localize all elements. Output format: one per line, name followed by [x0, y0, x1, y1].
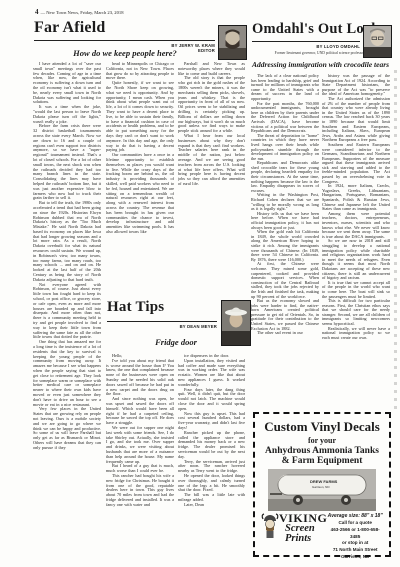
ad-contact-line: 71 North Main Street	[327, 547, 383, 554]
ad-subline-3: & Farm Equipment	[255, 456, 389, 466]
body-paragraph: Our communities have a once in a lifetim…	[106, 153, 174, 235]
far-afield-column-3: Parshall and New Town as noteworthy plac…	[178, 62, 245, 295]
ad-bottom-row: VIKING Screen Prints Average size: 88" x…	[255, 511, 389, 560]
kram-headshot	[218, 25, 247, 60]
ad-contact-line: Average size: 88" x 18"	[327, 513, 383, 520]
ad-contact-line: 463-2566 or 1-800-658-3485	[327, 527, 383, 540]
paper-name-date: — New Town News, Friday, March 23, 2018	[41, 10, 124, 15]
body-paragraph: Very few places in the United States tha…	[33, 407, 101, 450]
body-paragraph: What I hear from our local businesses ab…	[178, 134, 245, 187]
body-paragraph: Writing in the Washington Post, Richard …	[251, 193, 319, 211]
far-afield-column-2: head to Minneapolis or Chicago or Califo…	[106, 62, 174, 295]
ad-contact-line: Call for a quote	[327, 520, 383, 527]
omdahl-headline: Omdahl's Out Look	[252, 21, 380, 38]
body-paragraph: It was a time when the joke, "would the …	[33, 105, 101, 124]
far-afield-rule	[34, 40, 215, 41]
body-paragraph: Parshall and New Town as noteworthy plac…	[178, 62, 245, 76]
ammonia-tank-graphic: DREW FARMS Garrison, ND	[268, 469, 376, 511]
hat-tips-column-1: Hello,I've told you about my friend that…	[106, 354, 174, 548]
body-paragraph: For the past months, the 760,000 undocum…	[251, 102, 319, 134]
hat-tips-headline: Hat Tips	[107, 299, 164, 316]
body-paragraph: Southern and Eastern Europeans were cons…	[322, 143, 390, 184]
body-paragraph: The threat of deportation to "home" coun…	[251, 134, 319, 162]
omdahl-rule	[252, 41, 360, 42]
body-paragraph: He opened the door, looked things over t…	[178, 474, 245, 493]
omdahl-column-1: The lack of a clear national policy has …	[251, 74, 319, 408]
scan-edge-artifacts	[394, 70, 397, 410]
body-paragraph: The other sad event in our	[251, 331, 319, 336]
body-paragraph: Quite honestly, if we want to see the No…	[106, 81, 174, 153]
viking-screen-prints-ad: Custom Vinyl Decals for your Anhydrous A…	[253, 412, 391, 557]
body-paragraph: head to Minneapolis or Chicago or Califo…	[106, 62, 174, 81]
body-paragraph: In 1924, more Italians, Czechs, Yugoslav…	[322, 184, 390, 212]
body-paragraph: Later, Dean	[178, 503, 245, 508]
omdahl-headshot	[363, 25, 392, 58]
ad-contact-block: Average size: 88" x 18"Call for a quote4…	[327, 513, 383, 560]
body-paragraph: Before the farm crisis there were 32 dis…	[33, 124, 101, 201]
ammonia-tank-photo: DREW FARMS Garrison, ND	[268, 469, 376, 511]
kram-portrait-graphic	[219, 26, 246, 59]
body-paragraph: The Act authorized the admission of 2% o…	[322, 97, 390, 143]
omdahl-column-2: history was the passage of the Immigrati…	[322, 74, 390, 404]
far-afield-headline: Far Afield	[34, 19, 105, 37]
hat-tips-deck: Fridge door	[107, 337, 245, 347]
body-paragraph: This is difficult for two particular rea…	[322, 299, 390, 327]
viking-mascot-icon	[261, 513, 279, 539]
body-paragraph: One thing that has amazed me for a long …	[33, 340, 101, 407]
far-afield-column-1: I have attended a lot of "save our small…	[33, 62, 101, 545]
body-paragraph: When the gold rush hit California in 184…	[251, 230, 319, 262]
body-paragraph: Terry, the serviceman, arrived just afte…	[178, 460, 245, 474]
hat-tips-rule	[107, 321, 217, 322]
viking-logo: VIKING Screen Prints	[261, 513, 327, 544]
body-paragraph: At first, the Chinese were welcome. They…	[251, 262, 319, 299]
body-paragraph: This rancher had bought his wife a new f…	[106, 474, 174, 508]
newspaper-page: 4 — New Town News, Friday, March 23, 201…	[0, 0, 400, 567]
body-paragraph: I've told you about my friend that is wo…	[106, 359, 174, 397]
body-paragraph: Among them were potential teachers, doct…	[322, 212, 390, 240]
tank-decal-town: Garrison, ND	[312, 485, 330, 489]
body-paragraph: It is true that we cannot accept all of …	[322, 281, 390, 299]
far-afield-deck: How do we keep people here?	[34, 48, 216, 58]
ad-subline-2: Anhydrous Ammonia Tanks	[255, 446, 389, 456]
omdahl-deck: Addressing immigration with crocodile te…	[250, 60, 391, 69]
body-paragraph: Republicans and Democrats alike shed cro…	[251, 161, 319, 193]
body-paragraph: But as the economy slowed and jobs were …	[251, 299, 319, 331]
body-paragraph: Not everyone agreed with Robinson, of co…	[33, 283, 101, 341]
body-paragraph: Realistically, we will never have a nati…	[322, 327, 390, 341]
omdahl-byline: BY LLOYD OMDAHL	[265, 44, 360, 49]
body-paragraph: Rancher picked up the phone, called the …	[178, 431, 245, 460]
body-paragraph: The lack of a clear national policy has …	[251, 74, 319, 102]
body-paragraph: Now this guy is upset. This had cost sev…	[178, 412, 245, 431]
logo-line3: Prints	[285, 534, 327, 544]
body-paragraph: We were out for supper one night last we…	[106, 426, 174, 464]
ad-contact-line: or stop in at	[327, 540, 383, 547]
body-paragraph: I have attended a lot of "save our small…	[33, 62, 101, 105]
ad-contact-line: Garrison, ND	[327, 554, 383, 561]
hat-tips-column-2: ice dispensers in the door.Upon installa…	[178, 354, 245, 548]
page-number: 4	[35, 8, 39, 16]
body-paragraph: history was the passage of the Immigrati…	[322, 74, 390, 97]
body-paragraph: And since nothing was open, he was upset…	[106, 397, 174, 426]
ad-headline: Custom Vinyl Decals	[255, 419, 389, 435]
viking-logo-text: VIKING Screen Prints	[279, 513, 327, 544]
body-paragraph: But to tell the truth, the 1980s only ac…	[33, 201, 101, 283]
body-paragraph: Four days later, the dang thing quit. We…	[178, 388, 245, 412]
body-paragraph: Upon installation, they visited and had …	[178, 359, 245, 388]
folio-line: 4 — New Town News, Friday, March 23, 201…	[35, 8, 124, 16]
hat-tips-byline: BY DEAN MEYER	[122, 324, 217, 329]
body-paragraph: The old story is that the people who got…	[178, 76, 245, 134]
omdahl-portrait-graphic	[364, 26, 391, 57]
body-paragraph: History tells us that we have been here …	[251, 212, 319, 230]
body-paragraph: So we are now in 2018 and still struggli…	[322, 239, 390, 280]
ad-subline-1: for your	[255, 436, 389, 445]
tank-decal-name: DREW FARMS	[310, 479, 338, 484]
